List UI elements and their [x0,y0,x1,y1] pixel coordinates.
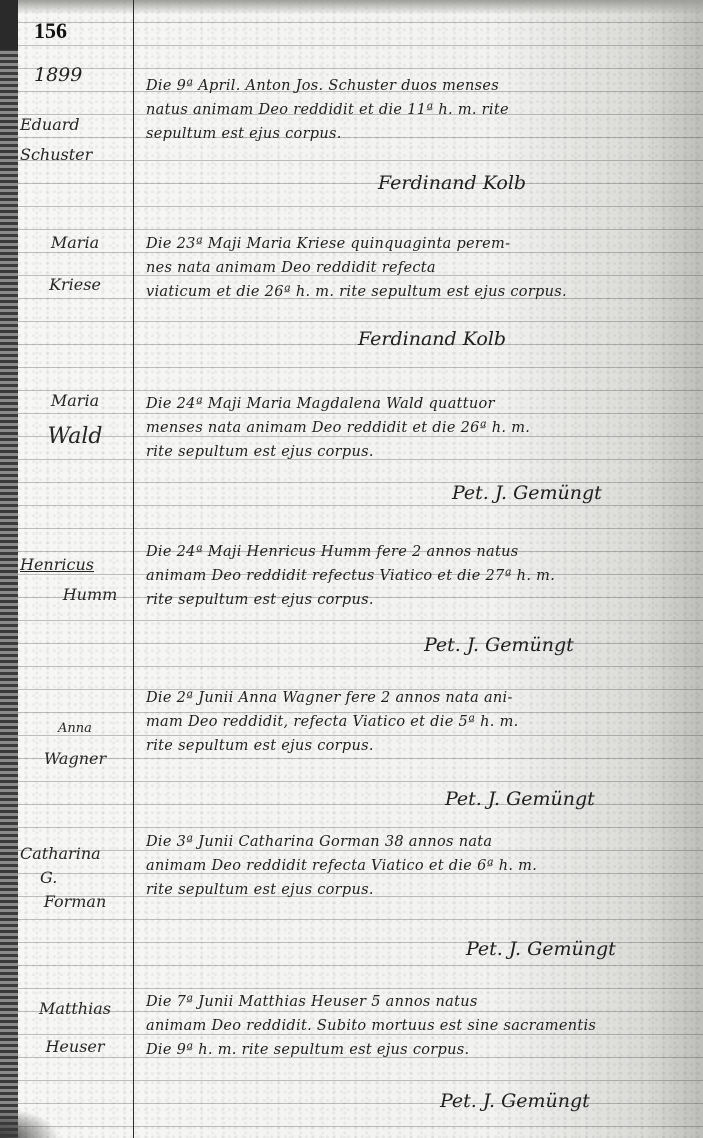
entry-line: rite sepultum est ejus corpus. [146,588,691,612]
name-line: G. [40,866,130,890]
entry-margin-name: Anna Wagner [20,714,130,774]
entry-line: Die 3ª Junii Catharina Gorman 38 annos n… [146,830,691,854]
name-line: Catharina [20,842,130,866]
entry-line: rite sepultum est ejus corpus. [146,734,691,758]
entry-line: sepultum est ejus corpus. [146,122,691,146]
entry-margin-name: Catharina G. Forman [20,842,130,914]
name-line: Maria [20,386,130,416]
entry-line: animam Deo reddidit refecta Viatico et d… [146,854,691,878]
entry-line: nes nata animam Deo reddidit refecta [146,256,691,280]
entry-margin-name: Eduard Schuster [20,110,130,170]
entry-text: Die 3ª Junii Catharina Gorman 38 annos n… [146,830,691,902]
entry-text: Die 2ª Junii Anna Wagner fere 2 annos na… [146,686,691,758]
binding-dark-corner [0,0,18,50]
entry-line: Die 24ª Maji Henricus Humm fere 2 annos … [146,540,691,564]
entry-text: Die 24ª Maji Henricus Humm fere 2 annos … [146,540,691,612]
entry-line: rite sepultum est ejus corpus. [146,440,691,464]
entry-text: Die 7ª Junii Matthias Heuser 5 annos nat… [146,990,691,1062]
entry-line: animam Deo reddidit refectus Viatico et … [146,564,691,588]
name-line: Kriese [20,270,130,300]
entry-line: Die 24ª Maji Maria Magdalena Wald quattu… [146,392,691,416]
entry-line: Die 7ª Junii Matthias Heuser 5 annos nat… [146,990,691,1014]
name-line: Matthias [20,994,130,1024]
scan-bottom-shadow [0,1108,60,1138]
entry-line: viaticum et die 26ª h. m. rite sepultum … [146,280,691,304]
priest-signature: Pet. J. Gemüngt [440,1090,590,1112]
name-line: Forman [20,890,130,914]
entry-line: animam Deo reddidit. Subito mortuus est … [146,1014,691,1038]
entry-line: Die 23ª Maji Maria Kriese quinquaginta p… [146,232,691,256]
margin-rule-line [133,0,134,1138]
book-binding-edge [0,0,18,1138]
scan-top-shadow [18,0,703,14]
page-number: 156 [34,18,67,44]
priest-signature: Pet. J. Gemüngt [466,938,616,960]
name-line: Eduard [20,110,130,140]
entry-line: Die 2ª Junii Anna Wagner fere 2 annos na… [146,686,691,710]
entry-line: rite sepultum est ejus corpus. [146,878,691,902]
name-line: Maria [20,228,130,258]
name-line: Wagner [20,744,130,774]
entry-text: Die 23ª Maji Maria Kriese quinquaginta p… [146,232,691,304]
name-line: Humm [50,580,130,610]
name-line: Anna [20,714,130,744]
priest-signature: Ferdinand Kolb [358,328,506,350]
entry-text: Die 24ª Maji Maria Magdalena Wald quattu… [146,392,691,464]
name-line: Wald [20,422,130,452]
name-line: Henricus [20,550,130,580]
entry-margin-name: Matthias Heuser [20,994,130,1062]
priest-signature: Pet. J. Gemüngt [452,482,602,504]
register-year: 1899 [34,64,82,86]
entry-margin-name: Henricus Humm [20,550,130,610]
name-line: Heuser [20,1032,130,1062]
priest-signature: Ferdinand Kolb [378,172,526,194]
entry-margin-name: Maria Wald [20,386,130,452]
entry-text: Die 9ª April. Anton Jos. Schuster duos m… [146,74,691,146]
priest-signature: Pet. J. Gemüngt [445,788,595,810]
priest-signature: Pet. J. Gemüngt [424,634,574,656]
entry-line: natus animam Deo reddidit et die 11ª h. … [146,98,691,122]
entry-line: Die 9ª April. Anton Jos. Schuster duos m… [146,74,691,98]
entry-margin-name: Maria Kriese [20,228,130,300]
entry-line: Die 9ª h. m. rite sepultum est ejus corp… [146,1038,691,1062]
entry-line: mam Deo reddidit, refecta Viatico et die… [146,710,691,734]
entry-line: menses nata animam Deo reddidit et die 2… [146,416,691,440]
name-line: Schuster [20,140,130,170]
